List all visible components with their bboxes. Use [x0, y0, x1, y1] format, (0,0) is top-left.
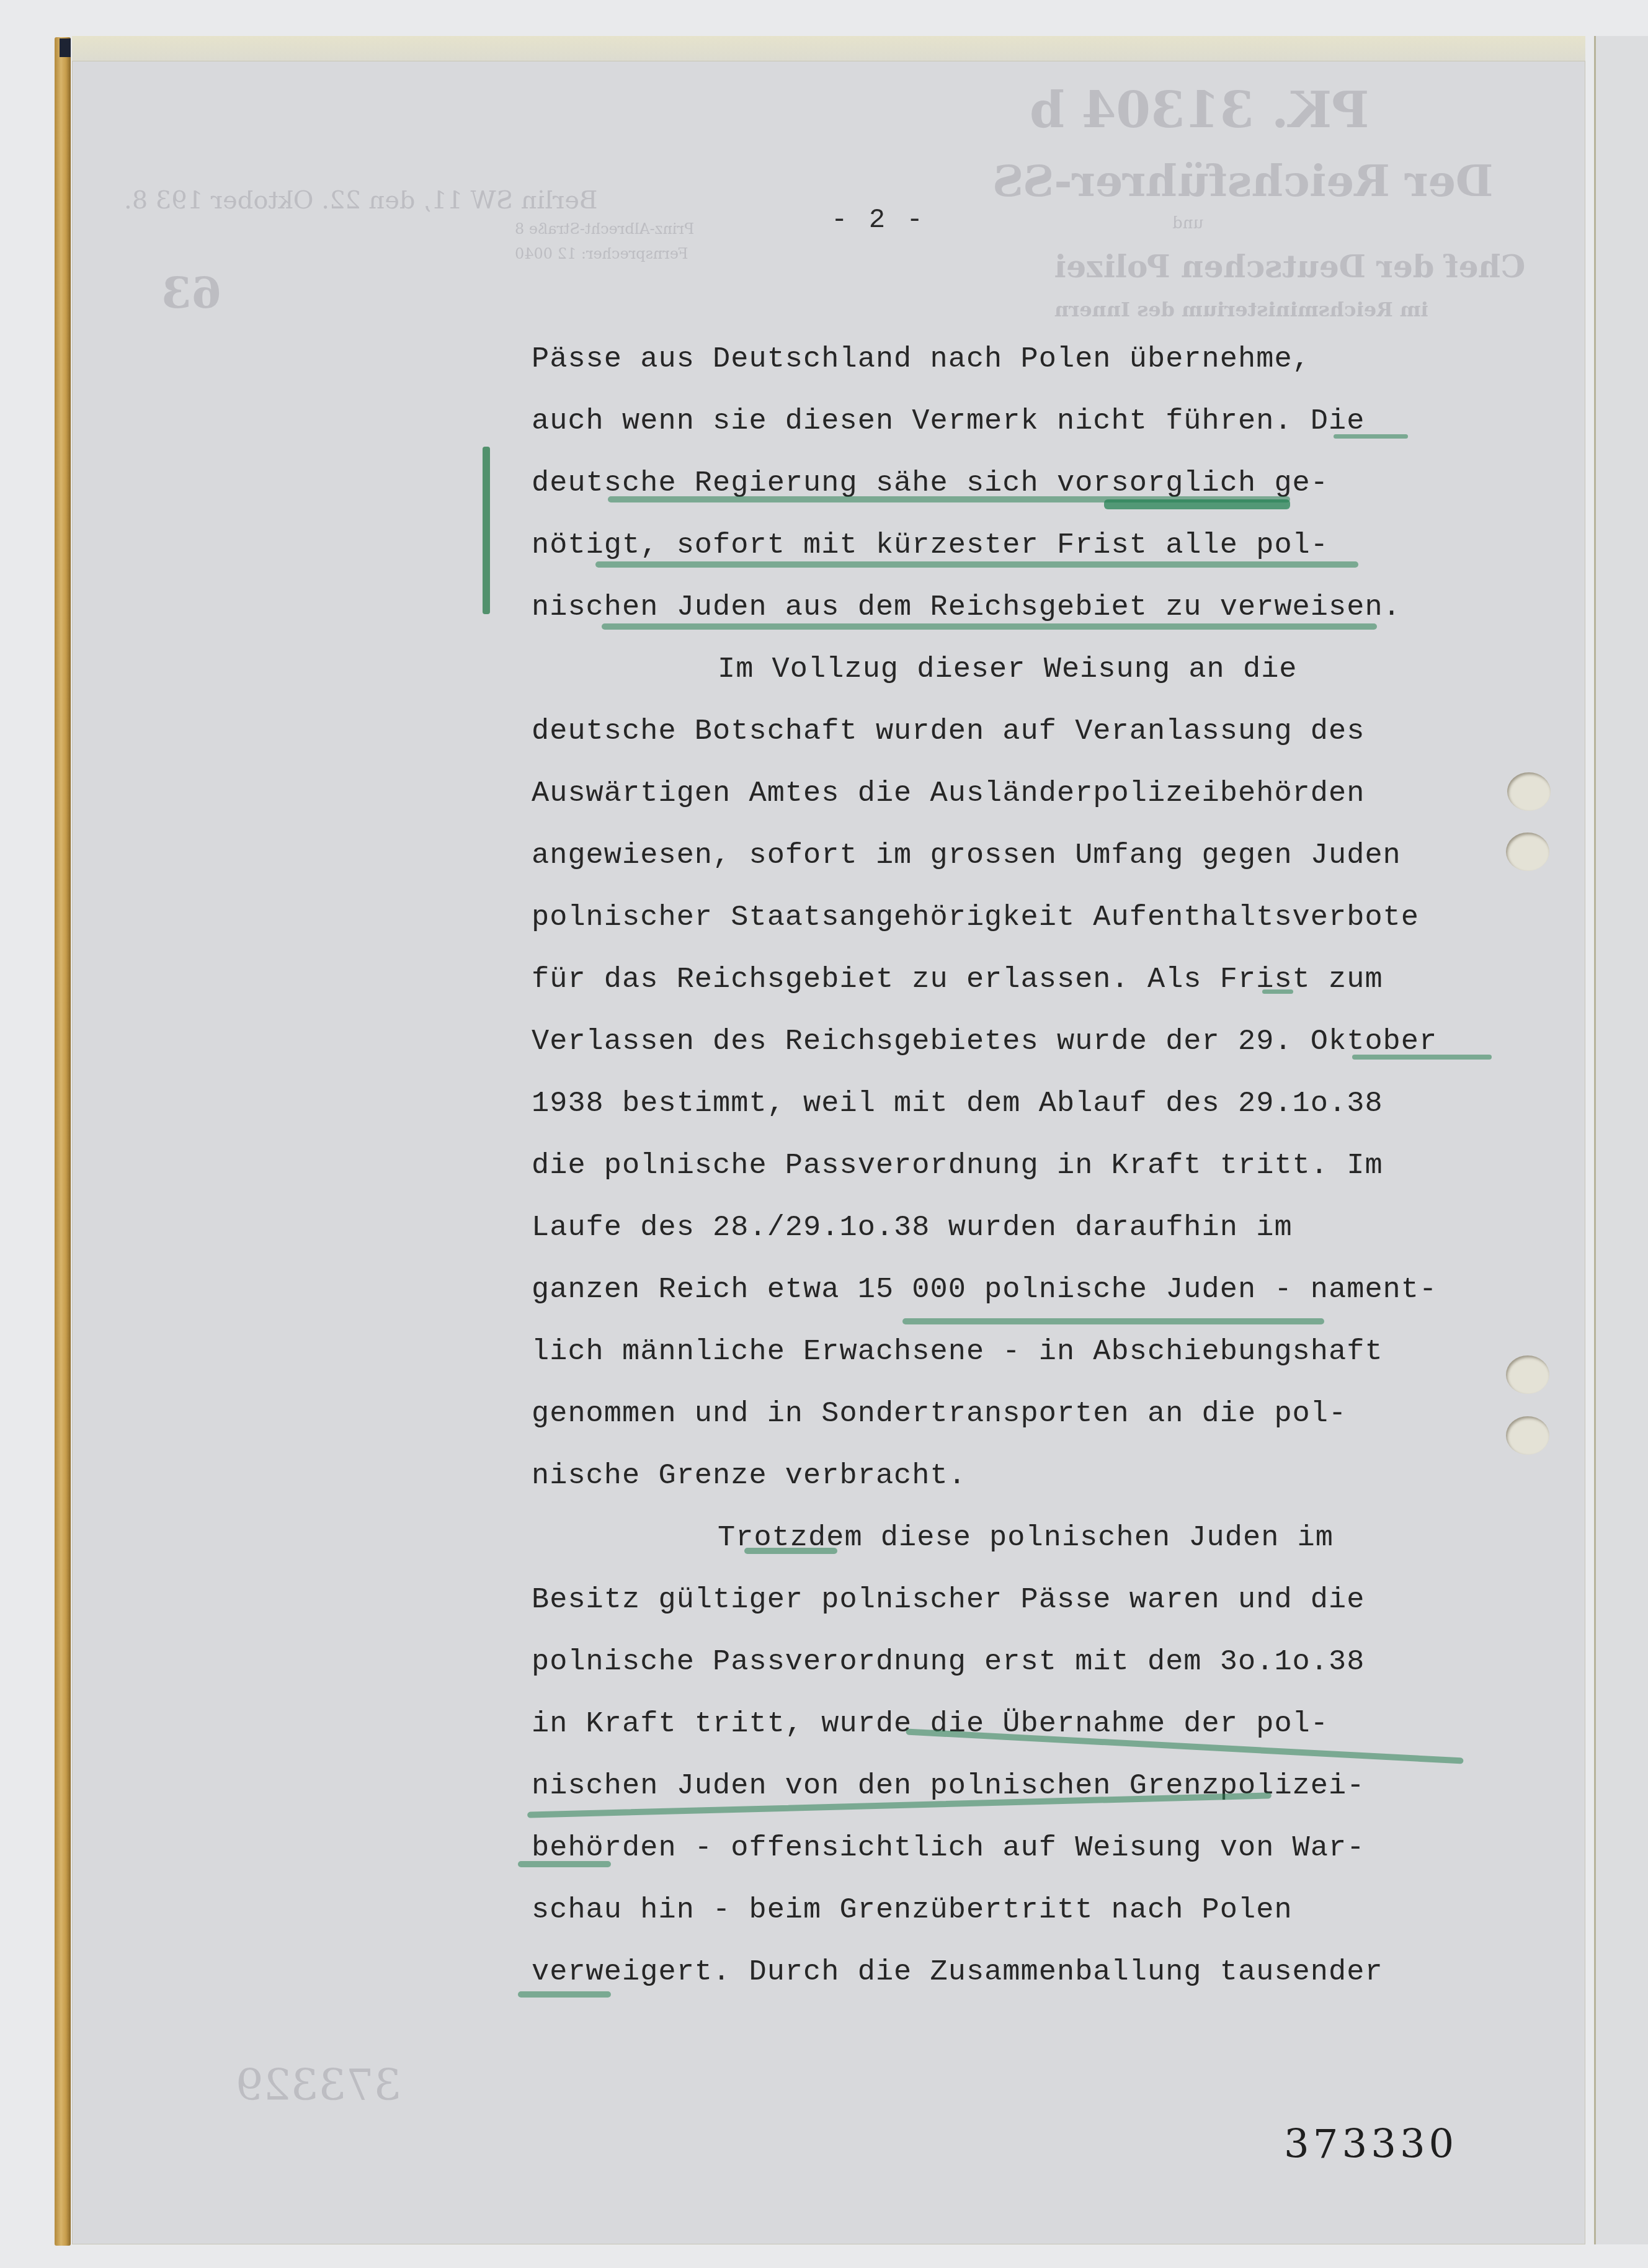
pencil-underline — [518, 1861, 611, 1867]
text-line: lich männliche Erwachsene - in Abschiebu… — [532, 1321, 1524, 1383]
binding-edge — [55, 37, 71, 2246]
text-line: ganzen Reich etwa 15 000 polnische Juden… — [532, 1259, 1524, 1321]
text-line: die polnische Passverordnung in Kraft tr… — [532, 1135, 1524, 1197]
green-margin-mark — [483, 447, 490, 614]
text-line: schau hin - beim Grenzübertritt nach Pol… — [532, 1880, 1524, 1942]
text-line: in Kraft tritt, wurde die Übernahme der … — [532, 1694, 1524, 1756]
pencil-underline — [1262, 989, 1293, 994]
text-line: polnische Passverordnung erst mit dem 3o… — [532, 1632, 1524, 1694]
next-page-edge — [1594, 36, 1648, 2244]
text-line: genommen und in Sondertransporten an die… — [532, 1383, 1524, 1445]
punch-hole — [1506, 1416, 1549, 1455]
binding-cap — [60, 38, 71, 57]
pencil-underline-heavy — [1104, 499, 1290, 509]
text-line: verweigert. Durch die Zusammenballung ta… — [532, 1942, 1524, 2004]
text-line: Besitz gültiger polnischer Pässe waren u… — [532, 1569, 1524, 1632]
text-line: nische Grenze verbracht. — [532, 1445, 1524, 1507]
text-line: Im Vollzug dieser Weisung an die — [532, 639, 1524, 701]
text-line: Laufe des 28./29.1o.38 wurden daraufhin … — [532, 1197, 1524, 1259]
pencil-underline — [1352, 1055, 1492, 1060]
punch-hole — [1506, 833, 1549, 871]
text-line: Auswärtigen Amtes die Ausländerpolizeibe… — [532, 763, 1524, 825]
text-line: 1938 bestimmt, weil mit dem Ablauf des 2… — [532, 1073, 1524, 1135]
text-line: polnischer Staatsangehörigkeit Aufenthal… — [532, 887, 1524, 949]
punch-hole — [1506, 1355, 1549, 1394]
pencil-underline — [518, 1991, 611, 1998]
pencil-underline — [902, 1318, 1324, 1324]
text-line: Trotzdem diese polnischen Juden im — [532, 1507, 1524, 1569]
text-line: Pässe aus Deutschland nach Polen überneh… — [532, 329, 1524, 391]
text-line: deutsche Regierung sähe sich vorsorglich… — [532, 453, 1524, 515]
pencil-underline — [1334, 434, 1408, 439]
page-top-strip — [72, 36, 1585, 61]
text-line: nötigt, sofort mit kürzester Frist alle … — [532, 515, 1524, 577]
text-line: auch wenn sie diesen Vermerk nicht führe… — [532, 391, 1524, 453]
text-line: behörden - offensichtlich auf Weisung vo… — [532, 1818, 1524, 1880]
text-line: nischen Juden aus dem Reichsgebiet zu ve… — [532, 577, 1524, 639]
pencil-underline — [744, 1548, 837, 1554]
text-line: für das Reichsgebiet zu erlassen. Als Fr… — [532, 949, 1524, 1011]
punch-hole — [1507, 772, 1551, 811]
text-line: deutsche Botschaft wurden auf Veranlassu… — [532, 701, 1524, 763]
document-body: Pässe aus Deutschland nach Polen überneh… — [532, 329, 1524, 2004]
text-line: angewiesen, sofort im grossen Umfang geg… — [532, 825, 1524, 887]
text-line: Verlassen des Reichsgebietes wurde der 2… — [532, 1011, 1524, 1073]
pencil-underline — [602, 623, 1377, 630]
page-number: - 2 - — [831, 205, 925, 236]
pencil-underline — [595, 561, 1358, 568]
archive-number-stamp: 373330 — [1284, 2122, 1458, 2168]
